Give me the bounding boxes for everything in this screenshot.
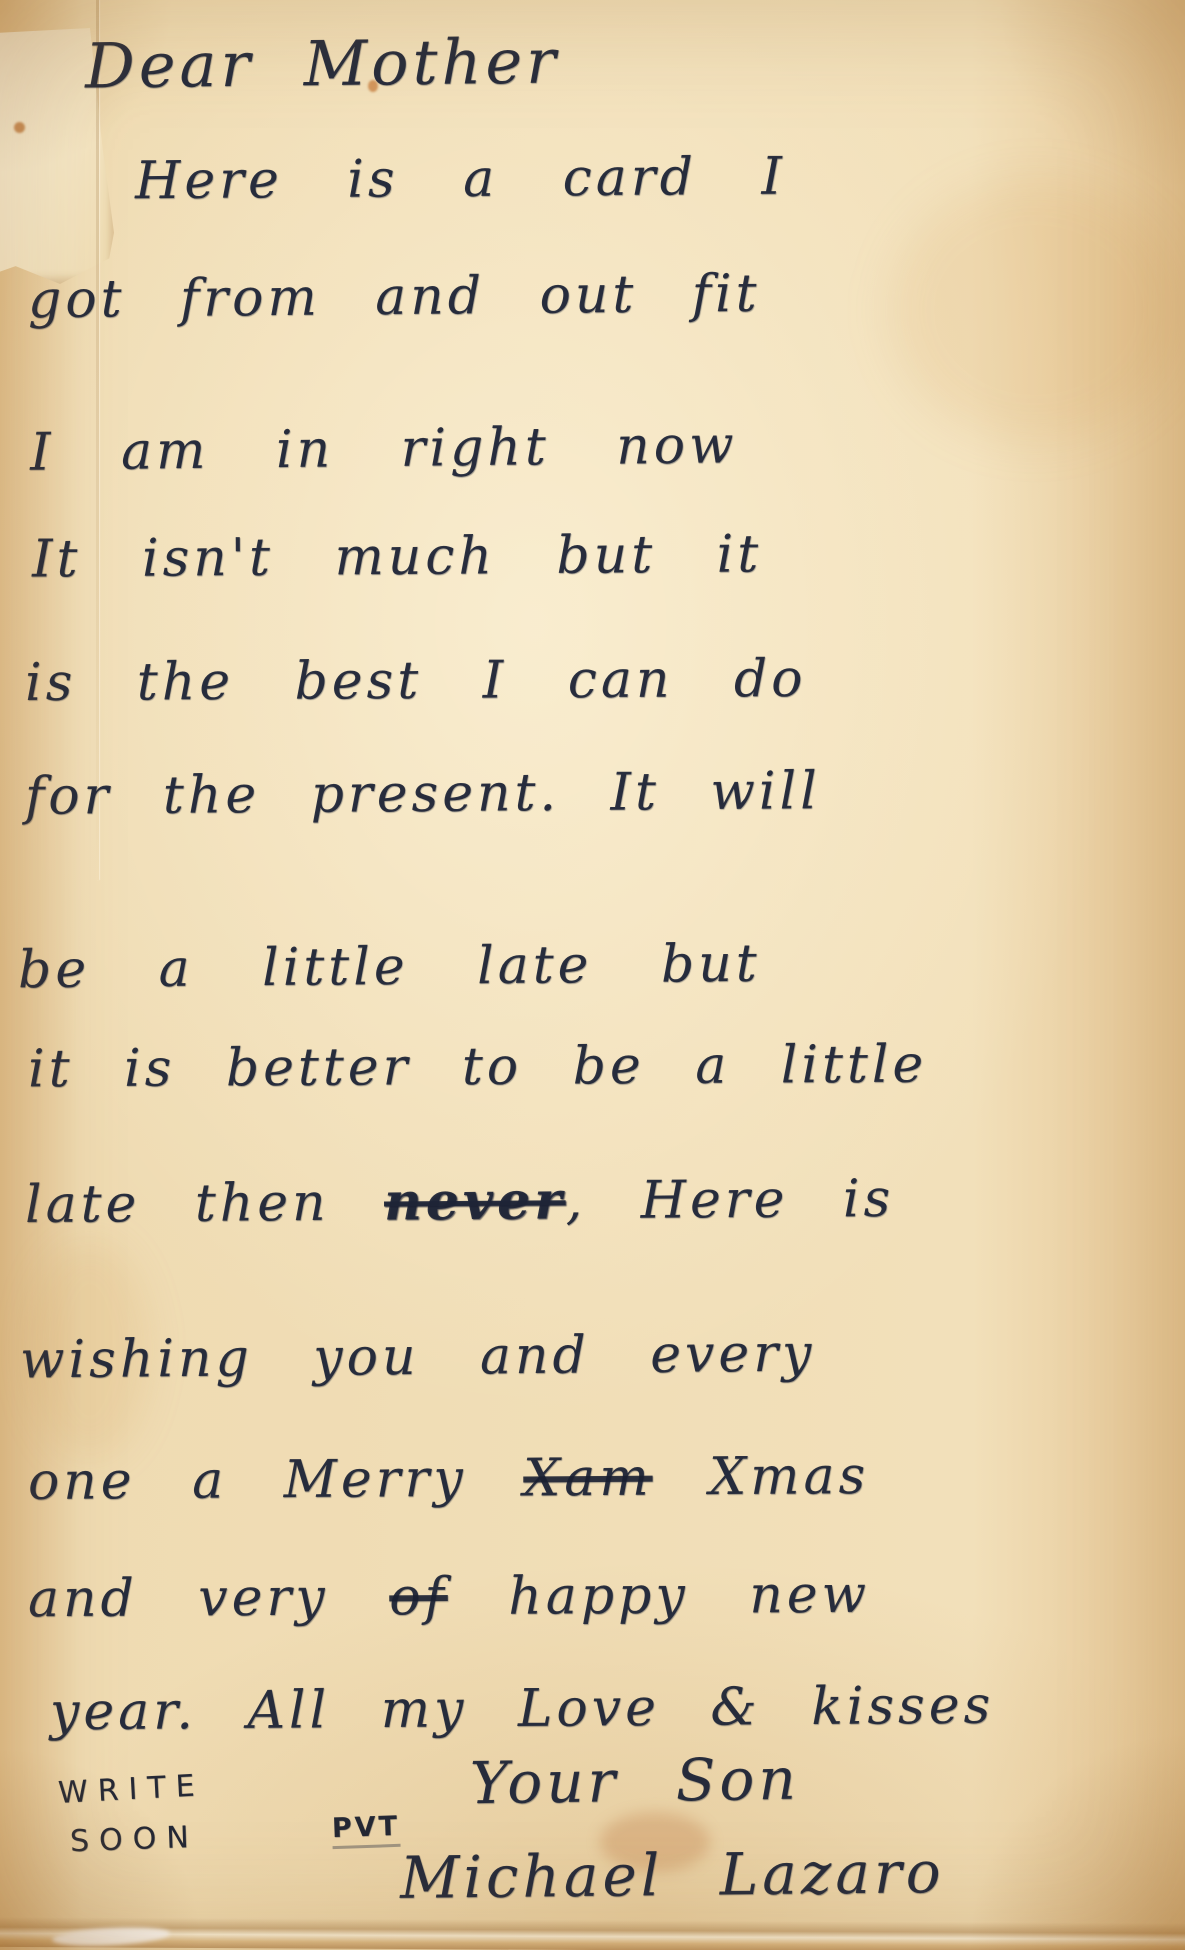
letter-line-text: It isn't much but it (32, 524, 763, 589)
letter-line-text: Here is a card I (135, 147, 786, 212)
letter-line-text: happy new (448, 1565, 871, 1627)
signature-closing: Your Son (470, 1746, 801, 1817)
crossed-out-word: of (389, 1567, 448, 1627)
letter-line-text: Xmas (652, 1446, 869, 1508)
letter-line-text: be a little late but (18, 934, 761, 1000)
crossed-out-word: Xam (523, 1448, 653, 1509)
letter-line-text: got from and out fit (28, 264, 761, 330)
letter-line-text: and very (28, 1567, 390, 1629)
letter-line: It isn't much but it (32, 525, 763, 590)
letter-line: and very of happy new (28, 1566, 870, 1630)
write-soon-note-line2: SOON (69, 1820, 199, 1859)
letter-line-text: , Here is (565, 1169, 894, 1231)
salutation: Dear Mother (85, 26, 560, 102)
letter-line: year. All my Love & kisses (50, 1677, 995, 1743)
signature-name: Michael Lazaro (400, 1839, 945, 1911)
letter-line: it is better to be a little (28, 1036, 928, 1101)
rank-abbreviation: PVT (331, 1811, 400, 1849)
scribbled-word: never (384, 1170, 566, 1232)
letter-line-text: year. All my Love & kisses (50, 1676, 995, 1743)
letter-line: got from and out fit (28, 265, 761, 331)
letter-line: is the best I can do (25, 650, 807, 714)
stain-blotch (890, 180, 1180, 440)
letter-line: be a little late but (18, 935, 761, 1001)
letter-line-text: it is better to be a little (28, 1035, 928, 1100)
letter-line-text: wishing you and every (20, 1324, 816, 1391)
letter-line: wishing you and every (20, 1325, 816, 1392)
letter-line-text: Dear Mother (85, 25, 560, 103)
letter-line: for the present. It will (25, 762, 821, 827)
letter-line-text: late then (25, 1173, 384, 1236)
letter-line: late then never, Here is (25, 1169, 895, 1236)
letter-line-text: one a Merry (28, 1448, 524, 1511)
letter-line: I am in right now (30, 416, 738, 483)
letter-line-text: is the best I can do (25, 649, 807, 713)
letter-line: one a Merry Xam Xmas (28, 1447, 870, 1513)
letter-page: Dear Mother Here is a card I got from an… (0, 0, 1185, 1950)
letter-line-text: I am in right now (30, 415, 738, 482)
bottom-tear-line (0, 1917, 1185, 1950)
write-soon-note-line1: WRITE (57, 1768, 205, 1811)
letter-line-text: for the present. It will (25, 761, 821, 827)
letter-line: Here is a card I (135, 148, 786, 212)
